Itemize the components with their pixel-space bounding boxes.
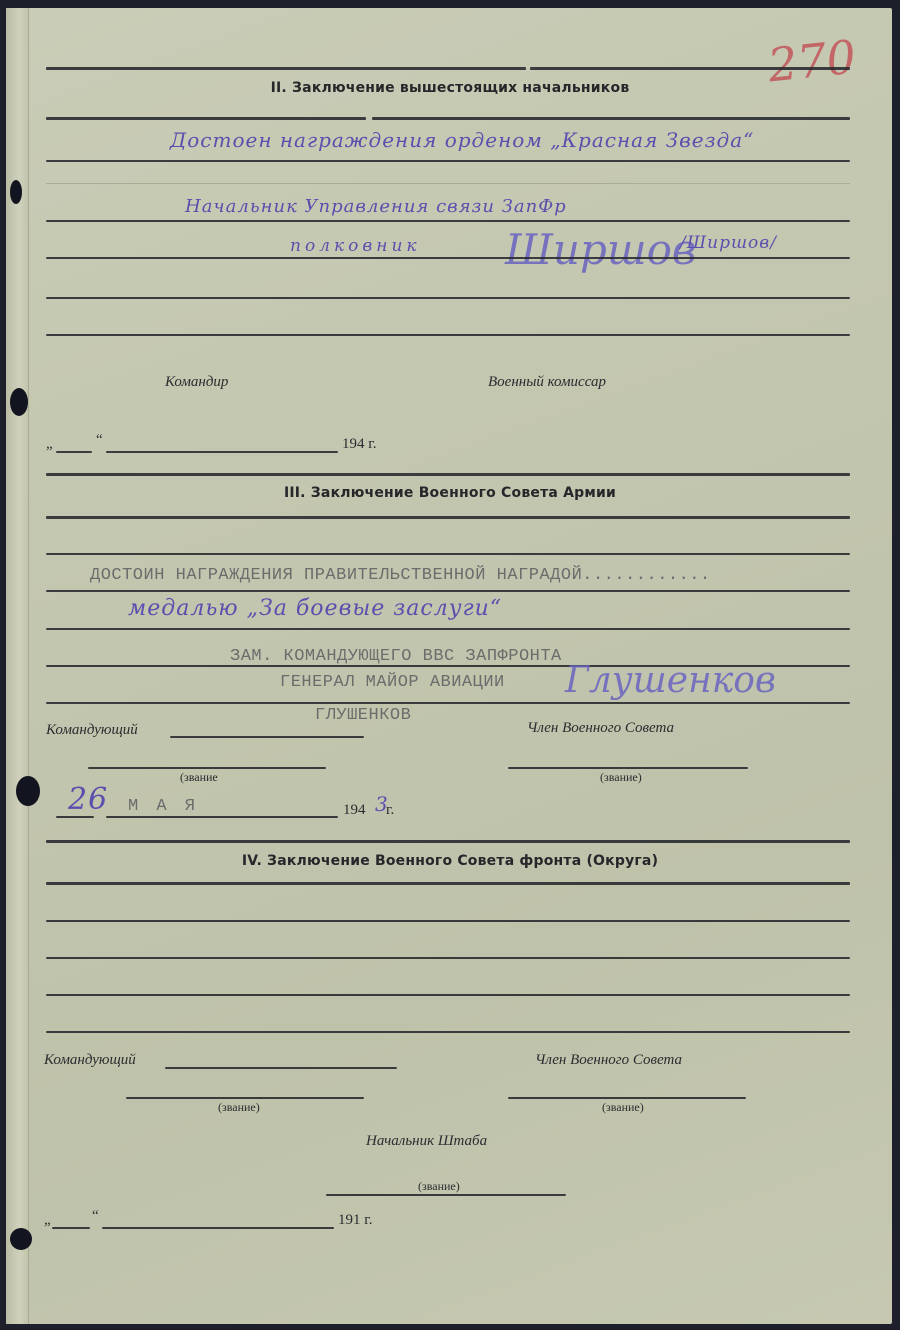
rank-handwritten-text: полковник [290,236,421,256]
page-binding-edge [6,8,29,1324]
date-close-quote: “ [92,1208,99,1225]
line [46,994,850,996]
rank-field [326,1194,566,1196]
line [46,334,850,336]
punch-hole [16,776,40,806]
line [46,220,850,222]
council-signature: Глушенков [565,660,776,701]
date-open-quote: „ [46,436,53,453]
line [46,257,850,259]
date-month-field [106,816,338,818]
divider [372,117,850,120]
date-day-handwritten: 26 [68,782,108,817]
punch-hole [10,388,28,416]
council-member-label: Член Военного Совета [535,1052,682,1069]
position-handwritten-text: Начальник Управления связи ЗапФр [185,196,567,217]
line [46,590,850,592]
chief-of-staff-label: Начальник Штаба [366,1133,487,1150]
date-year-suffix: г. [386,802,394,819]
rank-field [508,767,748,769]
section-2-heading: II. Заключение вышестоящих начальников [0,80,900,96]
date-year: 194 [343,802,366,819]
typed-title-line1: ЗАМ. КОМАНДУЮЩЕГО ВВС ЗАПФРОНТА [230,647,562,666]
date-open-quote: „ [44,1212,51,1229]
rank-field [508,1097,746,1099]
line [46,957,850,959]
rank-caption: (звание [180,770,218,785]
date-year: 194 г. [342,436,376,453]
conclusion-handwritten-text: Достоен награждения орденом „Красная Зве… [170,128,754,152]
rank-field [88,767,326,769]
line [46,702,850,704]
rank-caption: (звание) [218,1100,260,1115]
line [46,1031,850,1033]
line [46,553,850,555]
faint-line [46,183,850,184]
divider [46,473,850,476]
council-member-label: Член Военного Совета [527,720,674,737]
date-day-field [56,816,94,818]
commanding-field [170,736,364,738]
rank-field [126,1097,364,1099]
line [46,920,850,922]
commander-label: Командир [165,374,228,391]
award-handwritten-text: медалью „За боевые заслуги“ [128,596,502,621]
commissar-label: Военный комиссар [488,374,606,391]
typed-title-line2: ГЕНЕРАЛ МАЙОР АВИАЦИИ [280,673,505,692]
divider [46,840,850,843]
date-year: 191 г. [338,1212,372,1229]
commanding-label: Командующий [46,722,138,739]
date-day-field [56,451,92,453]
line [46,160,850,162]
date-close-quote: “ [96,432,103,449]
commanding-label: Командующий [44,1052,136,1069]
commanding-field [165,1067,397,1069]
punch-hole [10,1228,32,1250]
divider [46,882,850,885]
typed-signer-name: ГЛУШЕНКОВ [315,706,411,725]
rank-caption: (звание) [418,1179,460,1194]
date-month-field [106,451,338,453]
divider [46,516,850,519]
section-3-heading: III. Заключение Военного Совета Армии [0,485,900,501]
line [46,628,850,630]
divider [530,67,850,70]
signer-name-handwritten: /Ширшов/ [680,233,777,253]
date-day-field [52,1227,90,1229]
date-month-field [102,1227,334,1229]
commander-signature: Ширшов [505,225,696,274]
punch-hole [10,180,22,204]
rank-caption: (звание) [602,1100,644,1115]
date-month-typed: М А Я [128,797,199,816]
rank-caption: (звание) [600,770,642,785]
typed-award-recommendation: ДОСТОИН НАГРАЖДЕНИЯ ПРАВИТЕЛЬСТВЕННОЙ НА… [90,566,711,585]
line [46,297,850,299]
divider [46,117,366,120]
divider [46,67,526,70]
section-4-heading: IV. Заключение Военного Совета фронта (О… [0,853,900,869]
